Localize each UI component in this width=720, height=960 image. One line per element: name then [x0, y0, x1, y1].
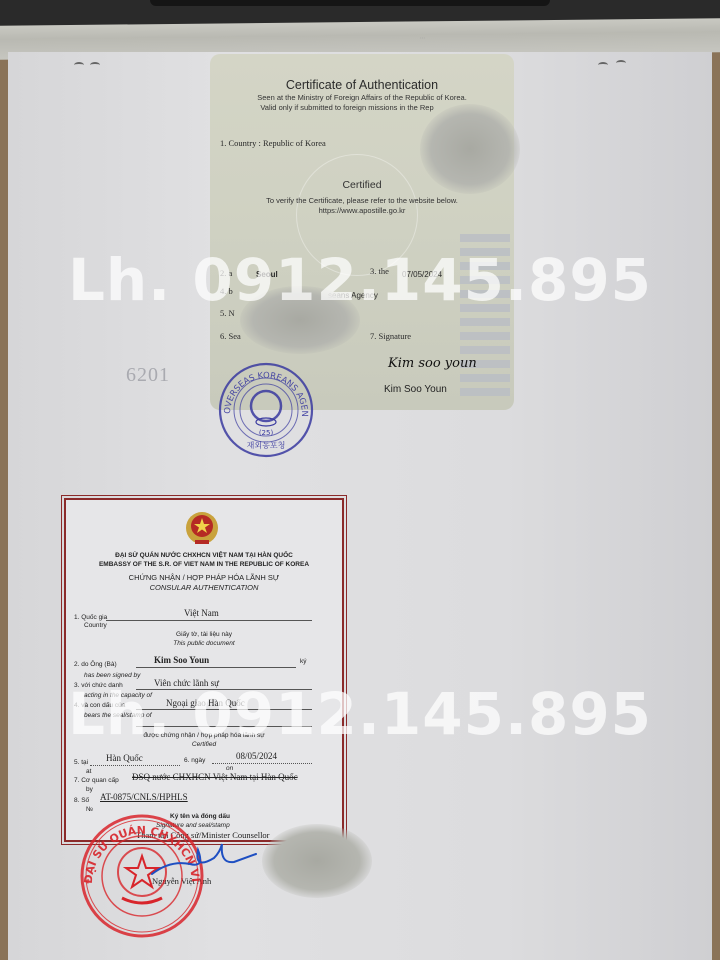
- punch-hole-mark: [74, 62, 84, 68]
- form-title-en: CONSULAR AUTHENTICATION: [66, 583, 342, 592]
- phone-watermark: Lh. 0912.145.895: [0, 246, 720, 314]
- number-value: AT-0875/CNLS/HPHLS: [100, 792, 188, 802]
- signed-suffix: ký: [300, 658, 307, 665]
- date-value: 08/05/2024: [236, 751, 277, 761]
- apostille-certificate: Certificate of Authentication Seen at th…: [210, 54, 514, 410]
- form-line: [90, 765, 180, 767]
- subtitle-line-1: Seen at the Ministry of Foreign Affairs …: [210, 93, 514, 103]
- signer-name: Kim Soo Youn: [384, 384, 447, 395]
- signed-by-value: Kim Soo Youn: [154, 655, 209, 665]
- verify-url: https://www.apostille.go.kr: [210, 206, 514, 216]
- place-label-en: at: [86, 768, 91, 775]
- handwritten-signature: Kim soo youn: [388, 356, 477, 371]
- date-label-en: on: [226, 765, 233, 772]
- place-label: 5. tại: [74, 759, 88, 766]
- form-title-vi: CHỨNG NHẬN / HỢP PHÁP HÓA LÃNH SỰ: [66, 573, 342, 582]
- punch-hole-mark: [90, 62, 100, 68]
- punch-hole-mark: [598, 62, 608, 68]
- pen-signature-icon: [150, 840, 260, 880]
- svg-text:재외동포청: 재외동포청: [247, 440, 286, 450]
- field-7-label: 7. Signature: [370, 331, 411, 341]
- issuer-value: ĐSQ nước CHXHCN Việt Nam tại Hàn Quốc: [132, 772, 298, 782]
- verify-note: To verify the Certificate, please refer …: [210, 196, 514, 216]
- form-line: [106, 620, 312, 621]
- consular-authentication-box: ĐẠI SỨ QUÁN NƯỚC CHXHCN VIỆT NAM TẠI HÀN…: [64, 498, 344, 842]
- punch-hole-mark: [616, 60, 626, 66]
- signed-by-label: 2. do Ông (Bà): [74, 661, 117, 668]
- country-label-en: Country: [84, 622, 107, 629]
- document-label-en: This public document: [66, 640, 342, 647]
- place-value: Hàn Quốc: [106, 753, 143, 763]
- phone-watermark: Lh. 0912.145.895: [0, 680, 720, 748]
- country-value: Việt Nam: [184, 608, 219, 618]
- vietnam-emblem-icon: [182, 508, 222, 548]
- country-label: 1. Quốc gia: [74, 614, 107, 621]
- form-line: [136, 667, 296, 668]
- issuer-label-en: by: [86, 786, 93, 793]
- embassy-heading-en: EMBASSY OF THE S.R. OF VIET NAM IN THE R…: [66, 561, 342, 568]
- signed-by-label-en: has been signed by: [84, 672, 140, 679]
- certificate-title: Certificate of Authentication: [210, 78, 514, 92]
- date-label: 6. ngày: [184, 757, 205, 764]
- issuer-label: 7. Cơ quan cấp: [74, 777, 119, 784]
- svg-text:(25): (25): [259, 429, 274, 437]
- redaction-blur: [420, 104, 520, 194]
- document-label-vi: Giấy tờ, tài liệu này: [66, 631, 342, 638]
- ghost-serial-number: 6201: [126, 364, 170, 387]
- redaction-blur: [262, 824, 372, 898]
- field-country: 1. Country : Republic of Korea: [220, 138, 326, 148]
- verify-line: To verify the Certificate, please refer …: [210, 196, 514, 206]
- overseas-koreans-agency-stamp-icon: OVERSEAS KOREANS AGENCY OF THE REPUBLIC …: [216, 360, 316, 460]
- field-6-label: 6. Sea: [220, 331, 241, 341]
- svg-text:OVERSEAS KOREANS AGENCY OF THE: OVERSEAS KOREANS AGENCY OF THE REPUBLIC …: [216, 360, 309, 417]
- embassy-heading-vi: ĐẠI SỨ QUÁN NƯỚC CHXHCN VIỆT NAM TẠI HÀN…: [66, 552, 342, 559]
- number-label: 8. Số: [74, 797, 89, 804]
